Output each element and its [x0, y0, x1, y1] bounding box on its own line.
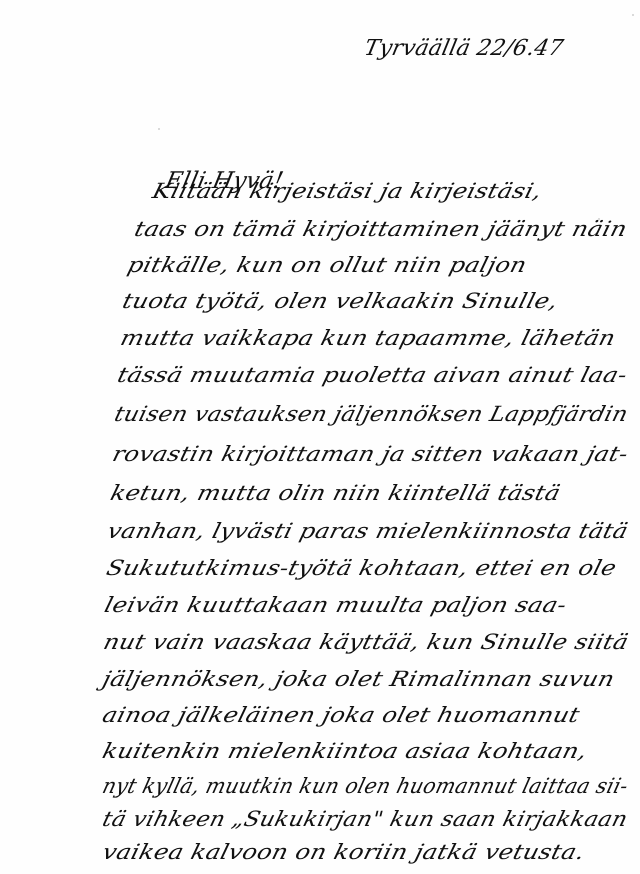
- body-line-12: leivän kuuttakaan muulta paljon saa-: [102, 593, 569, 617]
- place-date: Tyrväällä 22/6.47: [362, 36, 566, 61]
- body-line-4: tuota työtä, olen velkaakin Sinulle,: [120, 289, 560, 313]
- body-line-16: kuitenkin mielenkiintoa asiaa kohtaan,: [100, 739, 590, 763]
- body-line-18: tä vihkeen „Sukukirjan" kun saan kirjakk…: [100, 807, 630, 831]
- body-line-15: ainoa jälkeläinen joka olet huomannut: [100, 703, 582, 727]
- body-line-14: jäljennöksen, joka olet Rimalinnan suvun: [100, 667, 617, 691]
- body-line-1: Kiitään kirjeistäsi ja kirjeistäsi,: [150, 179, 544, 203]
- body-line-13: nut vain vaaskaa käyttää, kun Sinulle si…: [101, 630, 631, 654]
- body-line-10: vanhan, lyvästi paras mielenkiinnosta tä…: [105, 519, 631, 543]
- body-line-2: taas on tämä kirjoittaminen jäänyt näin: [132, 217, 630, 241]
- body-line-5: mutta vaikkapa kun tapaamme, lähetän: [118, 326, 618, 350]
- body-line-7: tuisen vastauksen jäljennöksen Lappfjärd…: [112, 402, 631, 426]
- body-line-11: Sukututkimus-työtä kohtaan, ettei en ole: [104, 556, 619, 580]
- body-line-9: ketun, mutta olin niin kiintellä tästä: [108, 481, 563, 505]
- scan-speck: [632, 14, 634, 16]
- body-line-8: rovastin kirjoittaman ja sitten vakaan j…: [110, 442, 631, 466]
- scan-speck: [598, 218, 600, 220]
- body-line-19: vaikea kalvoon on koriin jatkä vetusta.: [100, 840, 587, 864]
- body-line-6: tässä muutamia puoletta aivan ainut laa-: [115, 363, 630, 387]
- body-line-17: nyt kyllä, muutkin kun olen huomannut la…: [100, 774, 631, 798]
- scan-speck: [158, 128, 160, 130]
- body-line-3: pitkälle, kun on ollut niin paljon: [125, 253, 529, 277]
- letter-page: Tyrväällä 22/6.47 Elli Hyvä! Kiitään kir…: [0, 0, 640, 874]
